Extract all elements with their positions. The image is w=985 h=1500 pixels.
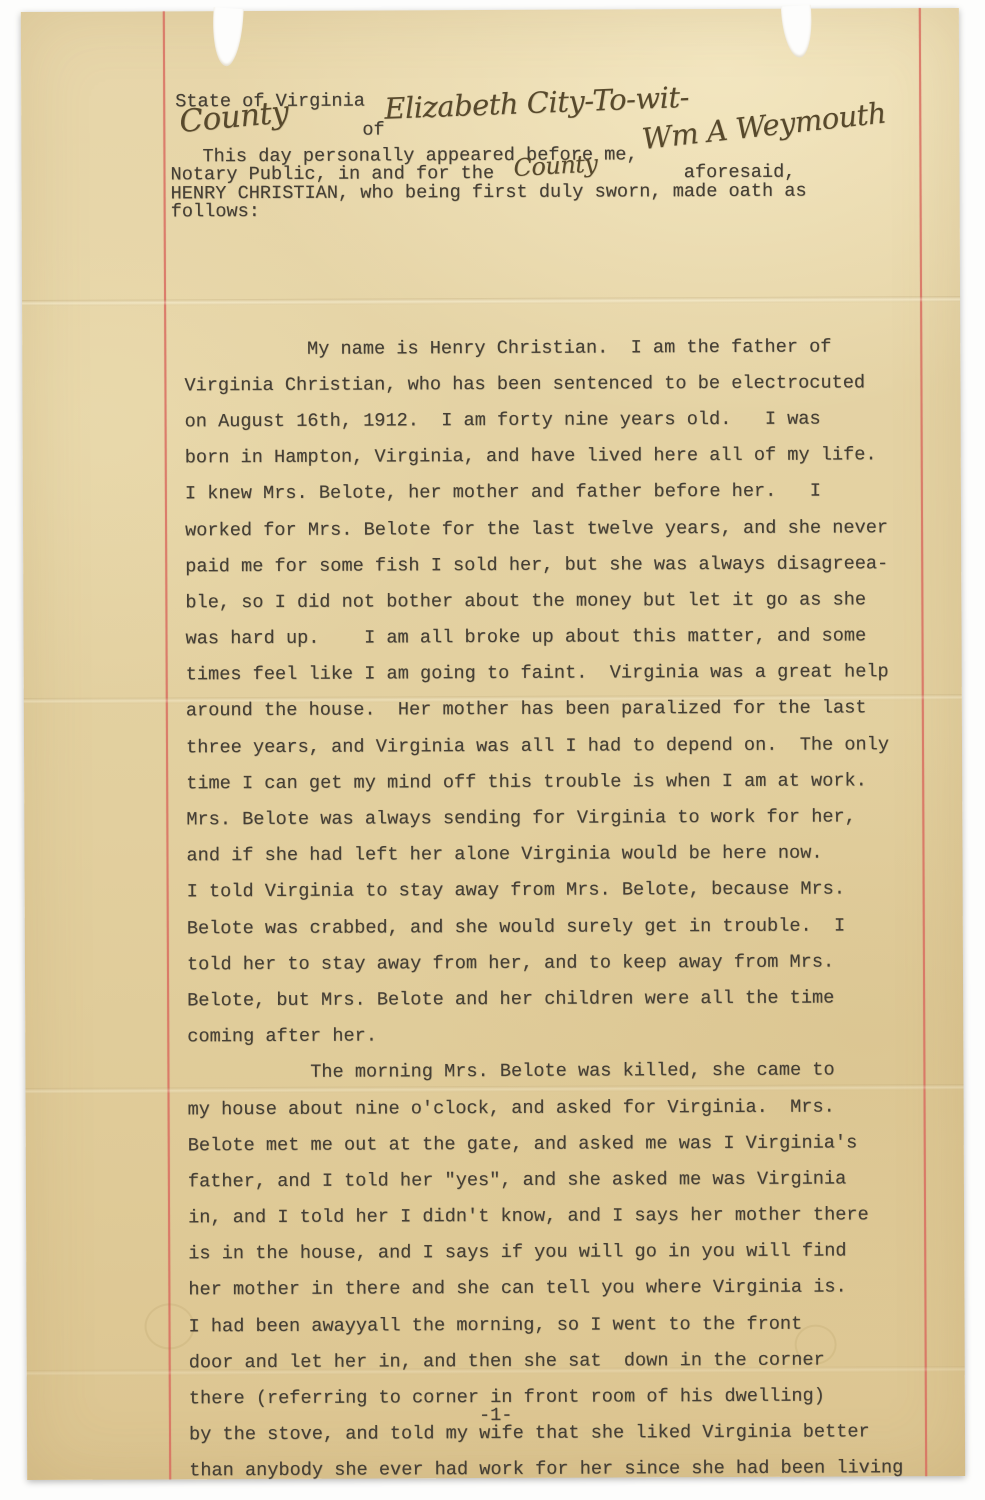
text-line: father, and I told her "yes", and she as… (188, 1161, 902, 1200)
paper-stain (144, 1303, 194, 1349)
text-line: there (referring to corner in front room… (189, 1378, 903, 1417)
jurisdiction-handwritten: Elizabeth City-To-wit- (384, 80, 690, 126)
text-line: than anybody she ever had work for her s… (189, 1451, 903, 1490)
text-line: in, and I told her I didn't know, and I … (188, 1197, 902, 1236)
text-line: my house about nine o'clock, and asked f… (188, 1089, 902, 1128)
text-line: born in Hampton, Virginia, and have live… (185, 437, 899, 476)
text-line: three years, and Virginia was all I had … (186, 727, 900, 766)
text-line: around the house. Her mother has been pa… (186, 691, 900, 730)
text-line: coming after her. (187, 1016, 901, 1055)
punch-hole-left (210, 7, 244, 67)
affidavit-page: State of Virginia County of Elizabeth Ci… (21, 8, 965, 1480)
of-typed: of (362, 120, 384, 140)
punch-hole-right (781, 5, 814, 59)
text-line: on August 16th, 1912. I am forty nine ye… (185, 401, 899, 440)
text-line: told her to stay away from her, and to k… (187, 944, 901, 983)
county-mid-handwritten: County (513, 149, 598, 182)
text-line: time I can get my mind off this trouble … (186, 763, 900, 802)
text-line: ble, so I did not bother about the money… (185, 582, 899, 621)
page-number: -1- (479, 1406, 513, 1426)
text-line: Belote, but Mrs. Belote and her children… (187, 980, 901, 1019)
text-line: by the stove, and told my wife that she … (189, 1414, 903, 1453)
text-line: My name is Henry Christian. I am the fat… (184, 329, 898, 368)
text-line: The morning Mrs. Belote was killed, she … (187, 1053, 901, 1092)
text-line: was hard up. I am all broke up about thi… (185, 618, 899, 657)
text-line: Belote met me out at the gate, and asked… (188, 1125, 902, 1164)
follows-line: follows: (171, 202, 260, 222)
scanned-document-view: State of Virginia County of Elizabeth Ci… (0, 0, 985, 1500)
sworn-line: HENRY CHRISTIAN, who being first duly sw… (171, 182, 807, 205)
text-line: is in the house, and I says if you will … (188, 1234, 902, 1273)
text-line: I had been awayyall the morning, so I we… (188, 1306, 902, 1345)
text-line: I told Virginia to stay away from Mrs. B… (187, 872, 901, 911)
text-line: Mrs. Belote was always sending for Virgi… (186, 799, 900, 838)
text-line: and if she had left her alone Virginia w… (186, 835, 900, 874)
text-line: I knew Mrs. Belote, her mother and fathe… (185, 474, 899, 513)
text-line: door and let her in, and then she sat do… (189, 1342, 903, 1381)
text-line: worked for Mrs. Belote for the last twel… (185, 510, 899, 549)
text-line: paid me for some fish I sold her, but sh… (185, 546, 899, 585)
text-line: Virginia Christian, who has been sentenc… (184, 365, 898, 404)
text-line: her mother in there and she can tell you… (188, 1270, 902, 1309)
text-line: Belote was crabbed, and she would surely… (187, 908, 901, 947)
right-margin-rule (919, 8, 927, 1476)
affidavit-body: My name is Henry Christian. I am the fat… (184, 220, 904, 1490)
left-margin-rule (163, 11, 171, 1479)
text-line: times feel like I am going to faint. Vir… (186, 655, 900, 694)
